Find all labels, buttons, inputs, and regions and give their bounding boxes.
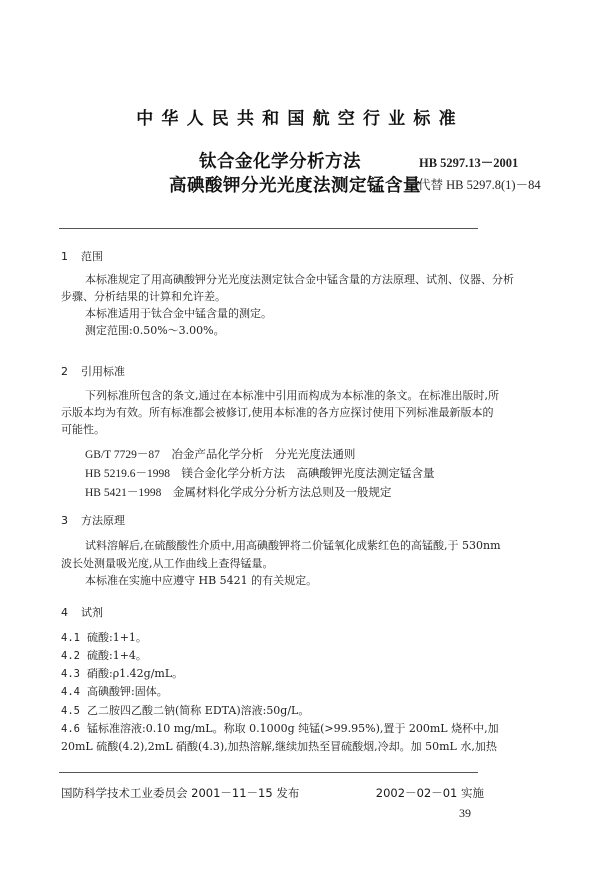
section-title: 方法原理 <box>81 514 125 527</box>
paragraph: 本标准在实施中应遵守 HB 5421 的有关规定。 <box>85 572 317 589</box>
reagent-item: 4.6锰标准溶液:0.10 mg/mL。称取 0.1000g 纯锰(>99.95… <box>61 720 499 736</box>
item-number: 4.4 <box>61 686 87 698</box>
section-number: 4 <box>61 606 81 619</box>
section-number: 1 <box>61 250 81 263</box>
document-title-line1: 钛合金化学分析方法 <box>199 148 361 173</box>
organization-title: 中华人民共和国航空行业标准 <box>0 104 600 129</box>
section-heading-principle: 3方法原理 <box>61 512 125 528</box>
reagent-item: 4.1硫酸:1+1。 <box>61 629 147 645</box>
item-number: 4.3 <box>61 668 87 680</box>
paragraph: 波长处测量吸光度,从工作曲线上查得锰量。 <box>61 555 274 572</box>
item-number: 4.5 <box>61 705 87 717</box>
section-number: 2 <box>61 365 81 378</box>
page-number: 39 <box>459 806 471 821</box>
section-heading-normative-references: 2引用标准 <box>61 363 125 379</box>
reference-item: HB 5421－1998 金属材料化学成分分析方法总则及一般规定 <box>85 484 391 500</box>
document-title-line2: 高碘酸钾分光光度法测定锰含量 <box>169 172 421 197</box>
item-text: 硫酸:1+4。 <box>87 649 147 662</box>
paragraph: 本标准适用于钛合金中锰含量的测定。 <box>85 305 272 322</box>
item-text: 高碘酸钾:固体。 <box>87 685 168 698</box>
item-text: 硫酸:1+1。 <box>87 631 147 644</box>
item-number: 4.1 <box>61 632 87 644</box>
item-text: 乙二胺四乙酸二钠(简称 EDTA)溶液:50g/L。 <box>87 704 309 717</box>
reagent-item: 4.2硫酸:1+4。 <box>61 647 147 663</box>
reference-item: HB 5219.6－1998 镁合金化学分析方法 高碘酸钾光度法测定锰含量 <box>85 465 434 481</box>
paragraph: 下列标准所包含的条文,通过在本标准中引用而构成为本标准的条文。在标准出版时,所 <box>85 387 499 404</box>
paragraph: 试料溶解后,在硫酸酸性介质中,用高碘酸钾将二价锰氧化成紫红色的高锰酸,于 530… <box>85 537 501 554</box>
replaces-standard: 代替 HB 5297.8(1)－84 <box>418 175 541 193</box>
reagent-item: 4.4高碘酸钾:固体。 <box>61 683 168 699</box>
reagent-item: 4.3硝酸:ρ1.42g/mL。 <box>61 665 183 681</box>
item-number: 4.6 <box>61 723 87 735</box>
item-text: 锰标准溶液:0.10 mg/mL。称取 0.1000g 纯锰(>99.95%),… <box>87 722 499 735</box>
section-title: 范围 <box>81 250 103 263</box>
section-heading-scope: 1范围 <box>61 248 103 264</box>
issue-statement: 国防科学技术工业委员会 2001－11－15 发布 <box>61 785 299 801</box>
item-text: 硝酸:ρ1.42g/mL。 <box>87 667 183 680</box>
paragraph: 步骤、分析结果的计算和允许差。 <box>61 288 226 305</box>
paragraph: 测定范围:0.50%～3.00%。 <box>85 322 225 339</box>
section-title: 引用标准 <box>81 365 125 378</box>
effective-date: 2002－02－01 实施 <box>376 785 484 801</box>
header-divider <box>59 228 478 229</box>
standard-code: HB 5297.13－2001 <box>419 153 518 171</box>
paragraph-continuation: 20mL 硫酸(4.2),2mL 硝酸(4.3),加热溶解,继续加热至冒硫酸烟,… <box>61 738 497 754</box>
item-number: 4.2 <box>61 650 87 662</box>
reagent-item: 4.5乙二胺四乙酸二钠(简称 EDTA)溶液:50g/L。 <box>61 702 309 718</box>
paragraph: 本标准规定了用高碘酸钾分光光度法测定钛合金中锰含量的方法原理、试剂、仪器、分析 <box>85 271 514 288</box>
section-title: 试剂 <box>81 606 103 619</box>
paragraph: 可能性。 <box>61 421 105 438</box>
paragraph: 示版本均为有效。所有标准都会被修订,使用本标准的各方应探讨使用下列标准最新版本的 <box>61 404 494 421</box>
section-heading-reagents: 4试剂 <box>61 604 103 620</box>
footer-divider <box>59 772 478 773</box>
reference-item: GB/T 7729－87 冶金产品化学分析 分光光度法通则 <box>85 446 355 462</box>
section-number: 3 <box>61 514 81 527</box>
